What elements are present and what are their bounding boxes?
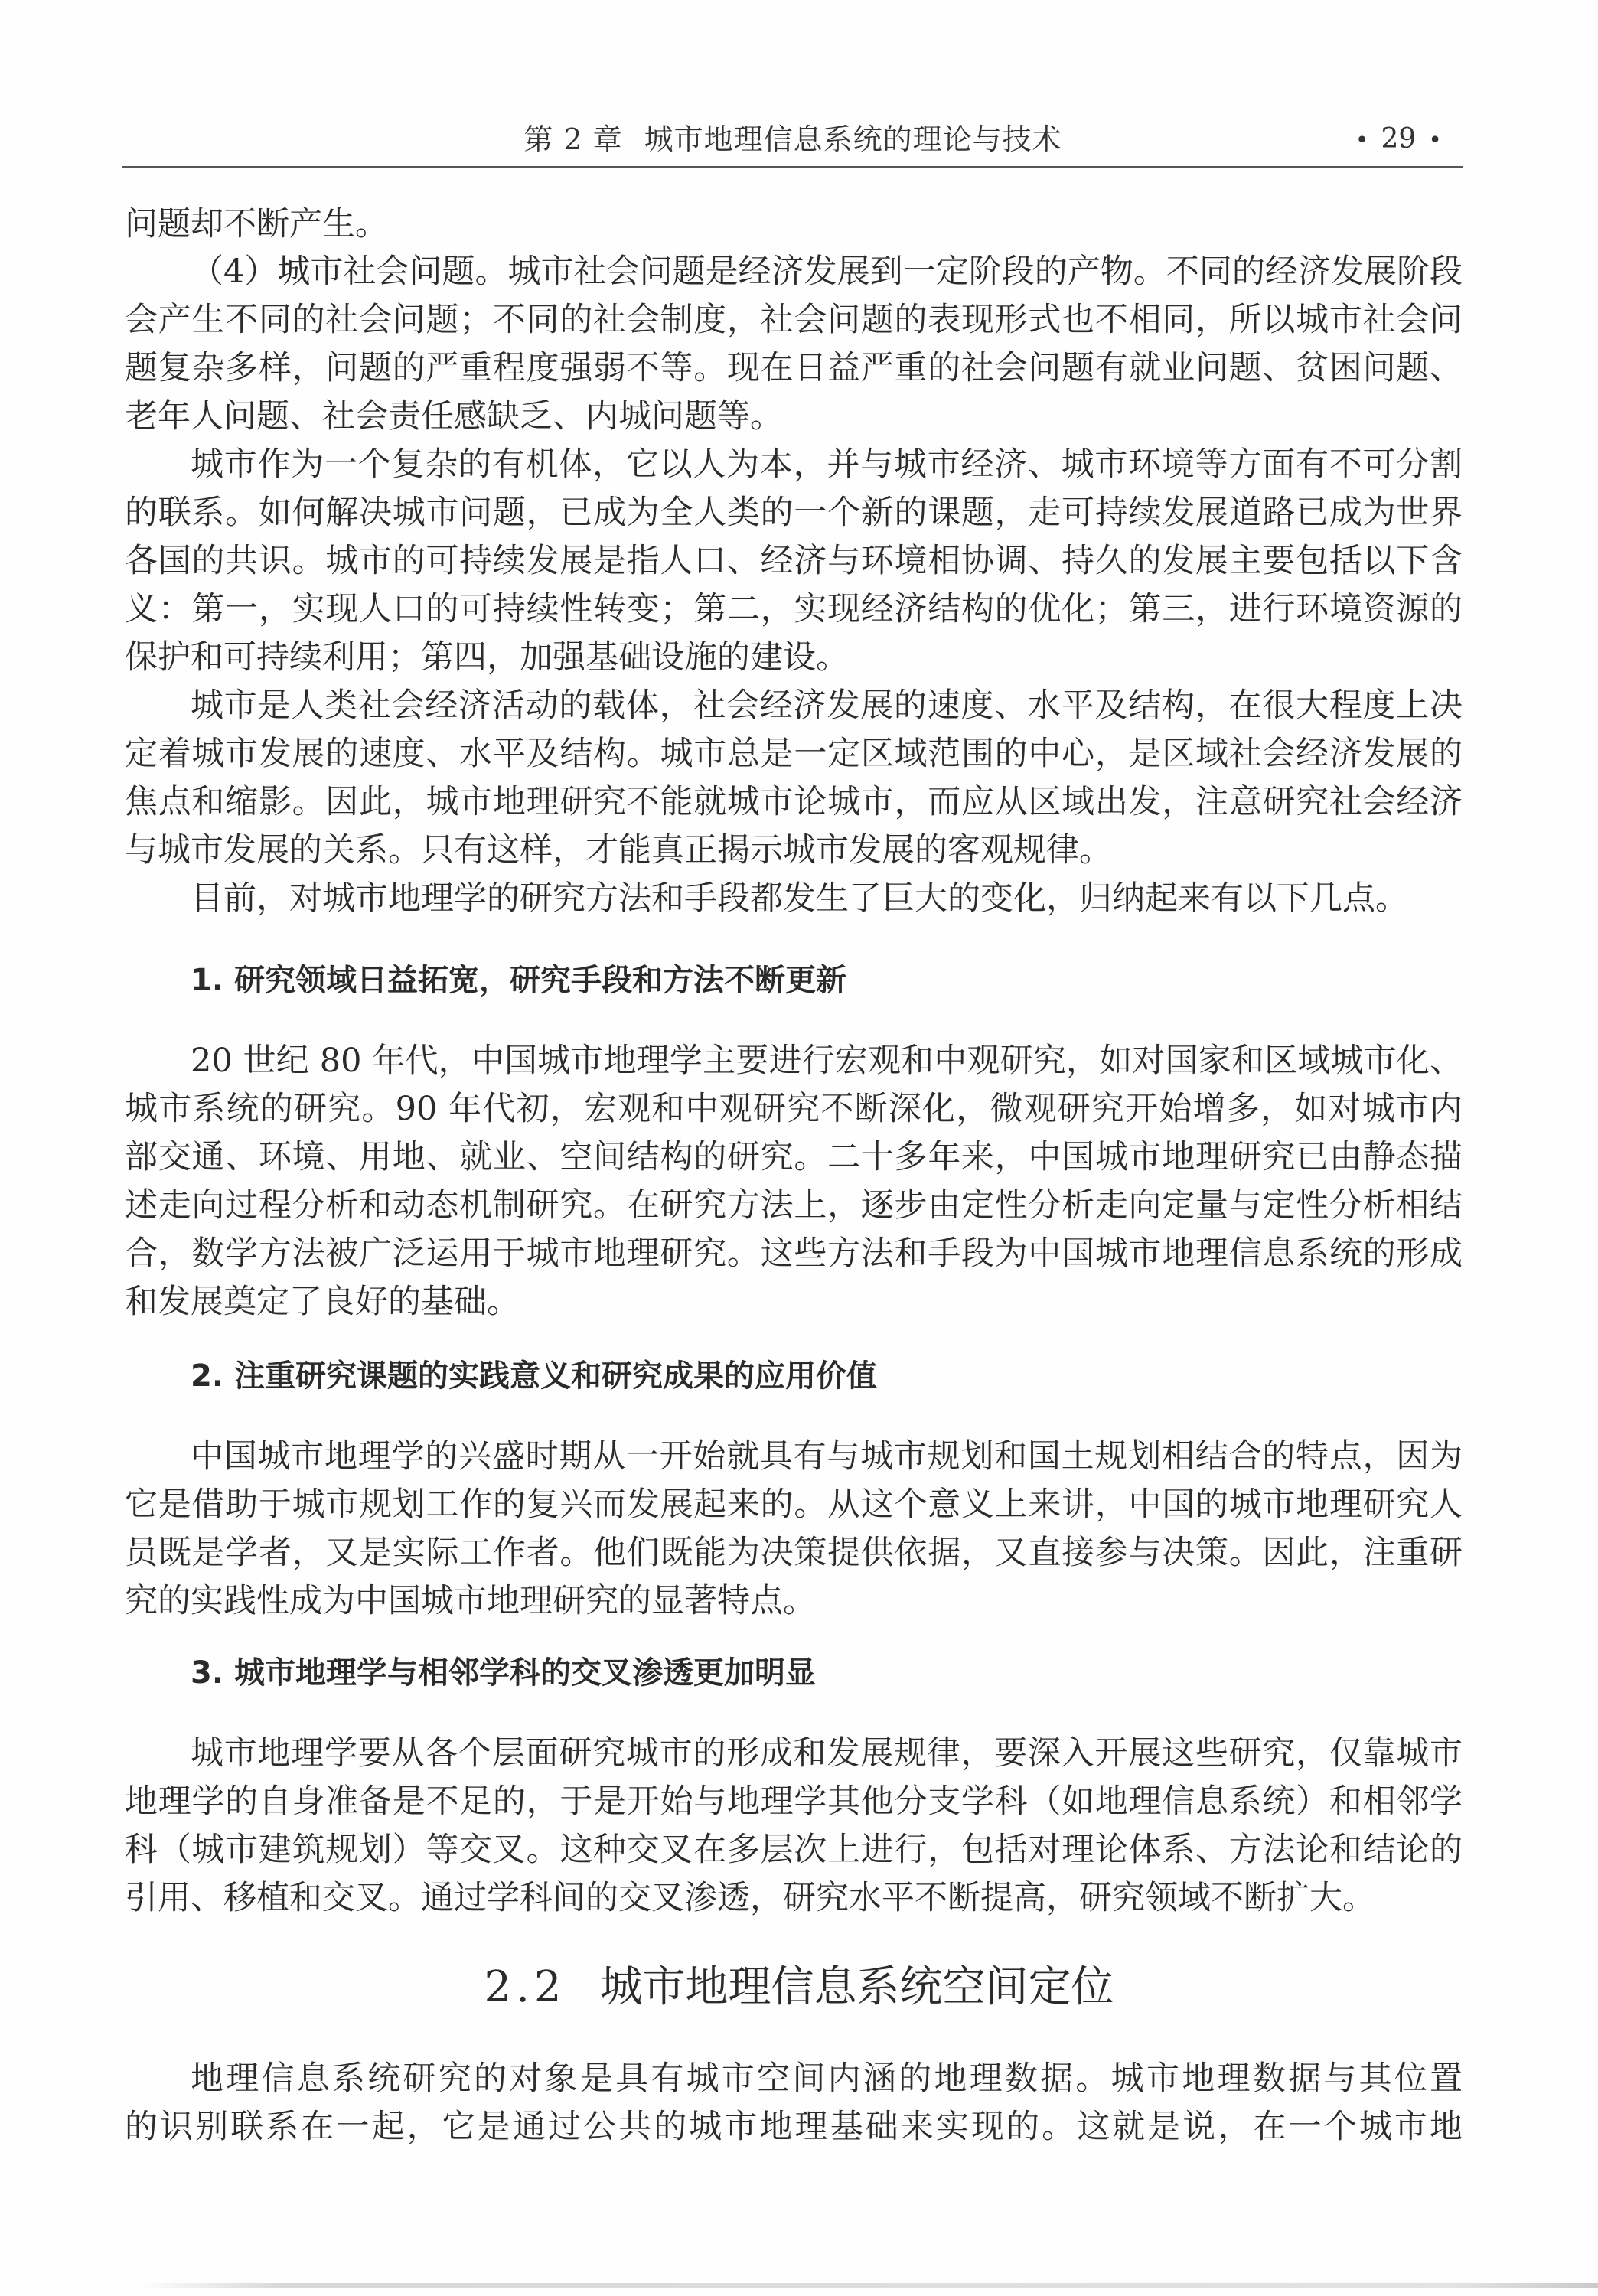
paragraph-line: 述走向过程分析和动态机制研究。在研究方法上，逐步由定性分析走向定量与定性分析相结 xyxy=(125,1182,1463,1230)
paragraph-line: 各国的共识。城市的可持续发展是指人口、经济与环境相协调、持久的发展主要包括以下含 xyxy=(125,537,1463,585)
paragraph-line: 地理信息系统研究的对象是具有城市空间内涵的地理数据。城市地理数据与其位置 xyxy=(191,2055,1463,2103)
chapter-label: 第 2 章 xyxy=(523,122,622,156)
paragraph-line: 部交通、环境、用地、就业、空间结构的研究。二十多年来，中国城市地理研究已由静态描 xyxy=(125,1133,1463,1182)
paragraph-line: 焦点和缩影。因此，城市地理研究不能就城市论城市，而应从区域出发，注意研究社会经济 xyxy=(125,778,1463,827)
paragraph-line: 城市地理学要从各个层面研究城市的形成和发展规律，要深入开展这些研究，仅靠城市 xyxy=(191,1730,1463,1778)
page-number-dot-right: • xyxy=(1428,127,1442,154)
paragraph-line: 究的实践性成为中国城市地理研究的显著特点。 xyxy=(125,1577,1463,1626)
paragraph-line: 和发展奠定了良好的基础。 xyxy=(125,1278,1463,1326)
chapter-title: 城市地理信息系统的理论与技术 xyxy=(644,122,1062,156)
section-title-text: 城市地理信息系统空间定位 xyxy=(600,1962,1114,2012)
paragraph-line: 的识别联系在一起，它是通过公共的城市地理基础来实现的。这就是说，在一个城市地 xyxy=(125,2103,1463,2151)
subsection-heading-2: 2. 注重研究课题的实践意义和研究成果的应用价值 xyxy=(191,1353,877,1399)
paragraph-line: 中国城市地理学的兴盛时期从一开始就具有与城市规划和国土规划相结合的特点，因为 xyxy=(191,1433,1463,1481)
page-number-value: 29 xyxy=(1381,123,1416,155)
running-header: 第 2 章城市地理信息系统的理论与技术 •29• xyxy=(122,116,1463,162)
paragraph-line: 科（城市建筑规划）等交叉。这种交叉在多层次上进行，包括对理论体系、方法论和结论的 xyxy=(125,1826,1463,1874)
paragraph-line: （4）城市社会问题。城市社会问题是经济发展到一定阶段的产物。不同的经济发展阶段 xyxy=(191,248,1463,296)
paragraph-line: 20 世纪 80 年代，中国城市地理学主要进行宏观和中观研究，如对国家和区域城市… xyxy=(191,1037,1463,1085)
paragraph-line: 老年人问题、社会责任感缺乏、内城问题等。 xyxy=(125,393,1463,441)
book-page: 第 2 章城市地理信息系统的理论与技术 •29• 问题却不断产生。 （4）城市社… xyxy=(0,0,1598,2296)
paragraph-line: 保护和可持续利用；第四，加强基础设施的建设。 xyxy=(125,634,1463,682)
paragraph-line: 问题却不断产生。 xyxy=(125,201,1463,249)
subsection-heading-3: 3. 城市地理学与相邻学科的交叉渗透更加明显 xyxy=(191,1650,816,1696)
paragraph-line: 城市作为一个复杂的有机体，它以人为本，并与城市经济、城市环境等方面有不可分割 xyxy=(191,441,1463,489)
header-rule xyxy=(122,166,1463,168)
running-header-title: 第 2 章城市地理信息系统的理论与技术 xyxy=(122,116,1463,162)
paragraph-line: 城市系统的研究。90 年代初，宏观和中观研究不断深化，微观研究开始增多，如对城市… xyxy=(125,1085,1463,1133)
scan-edge-artifact xyxy=(138,2283,1598,2288)
paragraph-line: 目前，对城市地理学的研究方法和手段都发生了巨大的变化，归纳起来有以下几点。 xyxy=(191,875,1463,923)
paragraph-line: 会产生不同的社会问题；不同的社会制度，社会问题的表现形式也不相同，所以城市社会问 xyxy=(125,296,1463,344)
page-number-dot-left: • xyxy=(1355,127,1369,154)
paragraph-line: 定着城市发展的速度、水平及结构。城市总是一定区域范围的中心，是区域社会经济发展的 xyxy=(125,730,1463,778)
paragraph-line: 城市是人类社会经济活动的载体，社会经济发展的速度、水平及结构，在很大程度上决 xyxy=(191,682,1463,730)
paragraph-line: 与城市发展的关系。只有这样，才能真正揭示城市发展的客观规律。 xyxy=(125,827,1463,875)
paragraph-line: 引用、移植和交叉。通过学科间的交叉渗透，研究水平不断提高，研究领域不断扩大。 xyxy=(125,1874,1463,1923)
page-number: •29• xyxy=(1343,116,1454,164)
subsection-heading-1: 1. 研究领域日益拓宽，研究手段和方法不断更新 xyxy=(191,957,846,1003)
paragraph-line: 地理学的自身准备是不足的，于是开始与地理学其他分支学科（如地理信息系统）和相邻学 xyxy=(125,1778,1463,1826)
section-title: 2.2城市地理信息系统空间定位 xyxy=(0,1957,1598,2018)
paragraph-line: 义：第一，实现人口的可持续性转变；第二，实现经济结构的优化；第三，进行环境资源的 xyxy=(125,585,1463,634)
paragraph-line: 它是借助于城市规划工作的复兴而发展起来的。从这个意义上来讲，中国的城市地理研究人 xyxy=(125,1481,1463,1529)
paragraph-line: 员既是学者，又是实际工作者。他们既能为决策提供依据，又直接参与决策。因此，注重研 xyxy=(125,1529,1463,1577)
paragraph-line: 题复杂多样，问题的严重程度强弱不等。现在日益严重的社会问题有就业问题、贫困问题、 xyxy=(125,344,1463,393)
paragraph-line: 合，数学方法被广泛运用于城市地理研究。这些方法和手段为中国城市地理信息系统的形成 xyxy=(125,1230,1463,1278)
paragraph-line: 的联系。如何解决城市问题，已成为全人类的一个新的课题，走可持续发展道路已成为世界 xyxy=(125,489,1463,537)
section-number: 2.2 xyxy=(484,1962,566,2012)
